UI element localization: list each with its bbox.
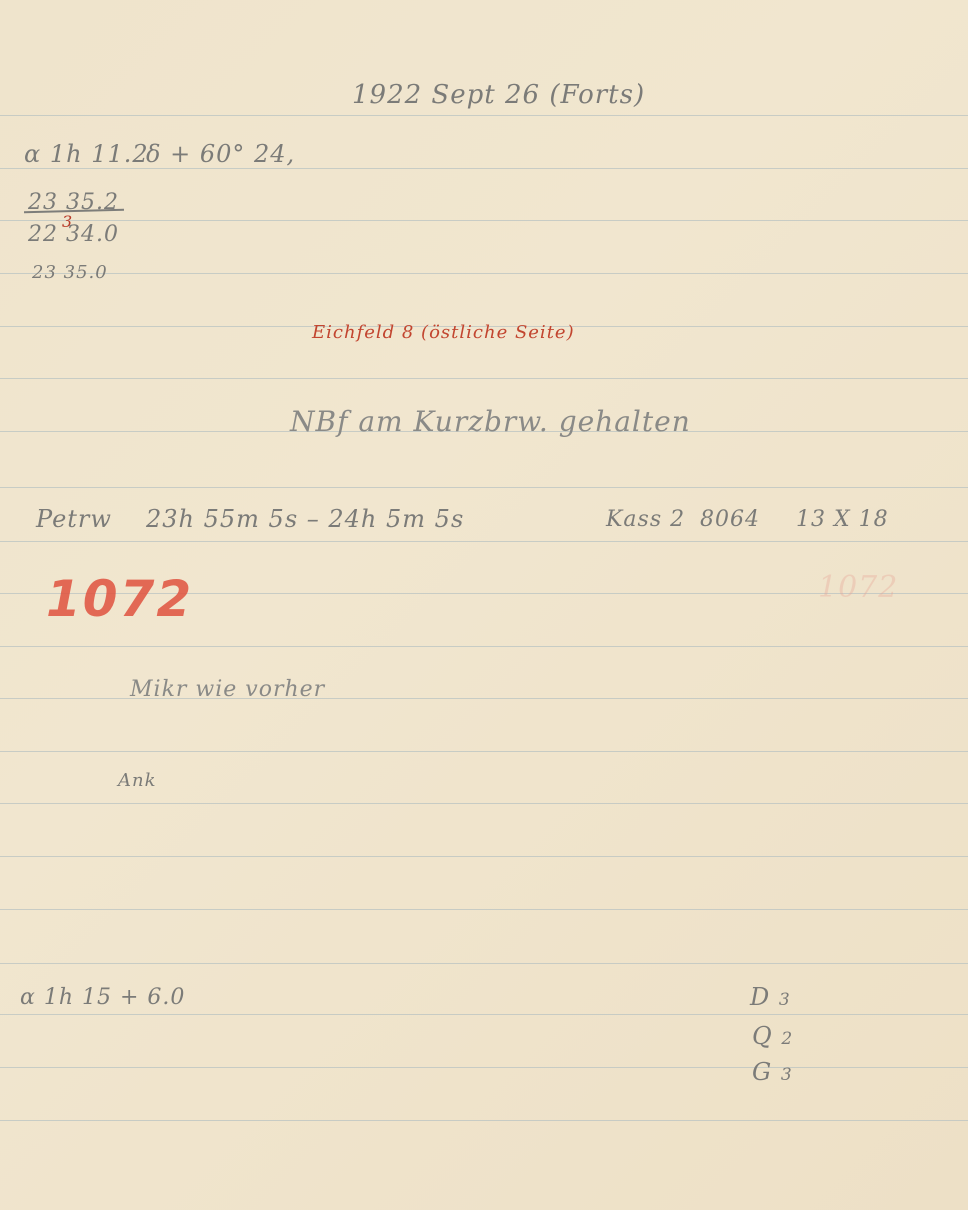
grade-value: 3 xyxy=(779,990,791,1010)
note-guiding: NBf am Kurzbrw. gehalten xyxy=(290,405,691,438)
position-note: α 1h 15 + 6.0 xyxy=(20,985,185,1010)
grade-Q: Q 2 xyxy=(752,1022,793,1050)
observer: Petrw xyxy=(36,505,112,533)
ruled-line xyxy=(0,378,968,379)
plate-id: 8064 xyxy=(700,507,760,532)
calc-delta: δ + 60° 24, xyxy=(146,140,295,168)
calc-correction: 3 xyxy=(62,212,73,231)
calc-line-4: 23 35.0 xyxy=(32,262,108,283)
field-title: Eichfeld 8 (östliche Seite) xyxy=(312,322,575,343)
grade-label: Q xyxy=(752,1022,773,1050)
ruled-line xyxy=(0,646,968,647)
ruled-line xyxy=(0,168,968,169)
calc-alpha: α 1h 11.2 xyxy=(24,140,149,168)
plate-number-crayon: 1072 xyxy=(46,570,193,628)
grade-label: D xyxy=(750,983,770,1011)
grade-D: D 3 xyxy=(750,983,791,1011)
ruled-line xyxy=(0,856,968,857)
grade-value: 2 xyxy=(781,1029,793,1049)
ruled-line xyxy=(0,273,968,274)
ruled-line xyxy=(0,1120,968,1121)
page-date-heading: 1922 Sept 26 (Forts) xyxy=(352,80,645,110)
exposure-time-range: 23h 55m 5s – 24h 5m 5s xyxy=(146,505,464,533)
plate-size: 13 X 18 xyxy=(796,507,889,532)
ruled-line xyxy=(0,909,968,910)
ruled-line xyxy=(0,220,968,221)
ruled-line xyxy=(0,1067,968,1068)
note-micrometer: Mikr wie vorher xyxy=(130,677,325,702)
grade-label: G xyxy=(752,1058,772,1086)
ruled-line xyxy=(0,963,968,964)
ruled-line xyxy=(0,803,968,804)
faint-offset-mark: 1072 xyxy=(818,570,898,605)
ruled-line xyxy=(0,1014,968,1015)
grade-value: 3 xyxy=(781,1065,793,1085)
ruled-line xyxy=(0,115,968,116)
ruled-line xyxy=(0,751,968,752)
grade-G: G 3 xyxy=(752,1058,793,1086)
cassette: Kass 2 xyxy=(606,507,685,532)
calc-line-3: 22 34.0 xyxy=(28,222,119,247)
note-ank: Ank xyxy=(118,770,157,791)
ruled-line xyxy=(0,487,968,488)
ruled-line xyxy=(0,541,968,542)
